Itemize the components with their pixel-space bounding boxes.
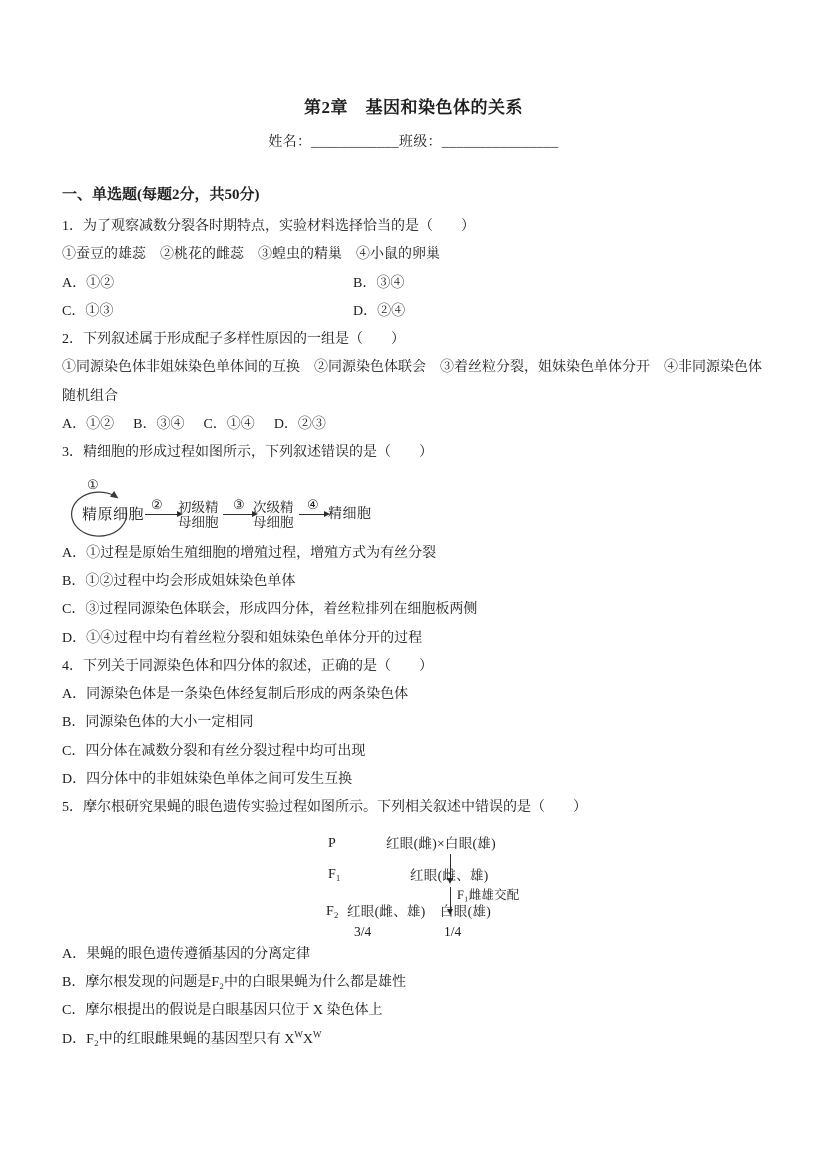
q5-option-b: B．摩尔根发现的问题是F₂中的白眼果蝇为什么都是雄性 xyxy=(62,969,765,997)
q5-p-cross-text: 红眼(雌)×白眼(雄) xyxy=(386,836,496,852)
q1-option-b: B．③④ xyxy=(353,276,404,291)
q3-cell3-line1: 次级精 xyxy=(253,500,294,516)
question-5: 5．摩尔根研究果蝇的眼色遗传实验过程如图所示。下列相关叙述中错误的是（ ） P … xyxy=(62,794,765,1053)
q4-option-b: B．同源染色体的大小一定相同 xyxy=(62,709,765,737)
fly-cross-diagram: P 红眼(雌)×白眼(雄) F₁ 红眼(雌、雄) F₁雌雄交配 F₂ 红眼(雌、… xyxy=(320,835,640,941)
q2-option-b: B．③④ xyxy=(133,417,184,432)
q3-step2-label: ② xyxy=(151,498,163,512)
q1-option-a: A．①② xyxy=(62,270,353,298)
exam-page: 第2章 基因和染色体的关系 姓名：____________班级：________… xyxy=(0,0,827,1169)
class-blank: ________________ xyxy=(442,135,559,150)
question-3: 3．精细胞的形成过程如图所示，下列叙述错误的是（ ） ① 精原细胞 ② xyxy=(62,439,765,652)
q3-cell2-line1: 初级精 xyxy=(178,500,219,516)
q3-cell-primary-spermatocyte: 初级精 母细胞 xyxy=(178,500,219,531)
section-heading: 一、单选题(每题2分，共50分) xyxy=(62,183,765,207)
q3-cell-secondary-spermatocyte: 次级精 母细胞 xyxy=(253,500,294,531)
q5-f2-red-text: 红眼(雌、雄) xyxy=(347,904,426,920)
q2-stem: 2．下列叙述属于形成配子多样性原因的一组是（ ） xyxy=(62,326,765,354)
question-4: 4．下列关于同源染色体和四分体的叙述，正确的是（ ） A．同源染色体是一条染色体… xyxy=(62,653,765,794)
q5-f1-generation-label: F₁ xyxy=(328,867,341,883)
q3-option-d: D．①④过程中均有着丝粒分裂和姐妹染色单体分开的过程 xyxy=(62,625,765,653)
q3-arrow-3-icon xyxy=(223,514,253,515)
q2-option-d: D．②③ xyxy=(274,417,326,432)
q5-ratio-white: 1/4 xyxy=(444,924,461,940)
q4-option-d: D．四分体中的非姐妹染色单体之间可发生互换 xyxy=(62,766,765,794)
q1-stem: 1．为了观察减数分裂各时期特点，实验材料选择恰当的是（ ） xyxy=(62,213,765,241)
q2-option-a: A．①② xyxy=(62,417,114,432)
q5-f1-result-text: 红眼(雌、雄) xyxy=(410,868,489,884)
q3-option-c: C．③过程同源染色体联会，形成四分体，着丝粒排列在细胞板两侧 xyxy=(62,596,765,624)
q4-option-a: A．同源染色体是一条染色体经复制后形成的两条染色体 xyxy=(62,681,765,709)
q5-option-d: D．F₂中的红眼雌果蝇的基因型只有 XWXW xyxy=(62,1026,765,1054)
q5-stem: 5．摩尔根研究果蝇的眼色遗传实验过程如图所示。下列相关叙述中错误的是（ ） xyxy=(62,794,765,822)
spermatogenesis-diagram: ① 精原细胞 ② 初级精 母细胞 xyxy=(62,476,765,540)
question-2: 2．下列叙述属于形成配子多样性原因的一组是（ ） ①同源染色体非姐妹染色单体间的… xyxy=(62,326,765,439)
q1-options-row-2: C．①③D．②④ xyxy=(62,298,765,326)
q5-cross-note: F₁雌雄交配 xyxy=(457,888,520,902)
q3-cell-spermatogonium: 精原细胞 xyxy=(82,507,144,523)
q4-option-c: C．四分体在减数分裂和有丝分裂过程中均可出现 xyxy=(62,738,765,766)
q5-option-d-mid: X xyxy=(303,1032,313,1047)
name-label: 姓名： xyxy=(268,135,311,150)
q5-option-a: A．果蝇的眼色遗传遵循基因的分离定律 xyxy=(62,941,765,969)
q5-option-d-superscript-2: W xyxy=(313,1029,322,1039)
class-label: 班级： xyxy=(399,135,442,150)
q3-arrow-2-icon xyxy=(145,514,178,515)
q3-cell-spermatid: 精细胞 xyxy=(328,507,372,523)
q3-cell2-line2: 母细胞 xyxy=(178,515,219,531)
q2-options-row: A．①②B．③④C．①④D．②③ xyxy=(62,411,765,439)
q2-option-c: C．①④ xyxy=(203,417,254,432)
q5-f2-white-text: 白眼(雄) xyxy=(440,904,491,920)
q4-stem: 4．下列关于同源染色体和四分体的叙述，正确的是（ ） xyxy=(62,653,765,681)
q3-arrow-4-icon xyxy=(299,514,325,515)
q5-p-generation-label: P xyxy=(328,836,336,852)
page-title: 第2章 基因和染色体的关系 xyxy=(62,97,765,119)
name-class-line: 姓名：____________班级：________________ xyxy=(62,133,765,153)
q3-step3-label: ③ xyxy=(233,498,245,512)
q1-options-row-1: A．①②B．③④ xyxy=(62,270,765,298)
q1-option-d: D．②④ xyxy=(353,304,405,319)
q1-option-c: C．①③ xyxy=(62,298,353,326)
q5-f2-generation-label: F₂ xyxy=(326,904,339,920)
q3-cell3-line2: 母细胞 xyxy=(253,515,294,531)
question-1: 1．为了观察减数分裂各时期特点，实验材料选择恰当的是（ ） ①蚕豆的雄蕊 ②桃花… xyxy=(62,213,765,326)
q5-option-d-text: D．F₂中的红眼雌果蝇的基因型只有 X xyxy=(62,1032,294,1047)
name-blank: ____________ xyxy=(311,135,399,150)
q5-option-c: C．摩尔根提出的假说是白眼基因只位于 X 染色体上 xyxy=(62,997,765,1025)
q3-option-b: B．①②过程中均会形成姐妹染色单体 xyxy=(62,568,765,596)
q2-items: ①同源染色体非姐妹染色单体间的互换 ②同源染色体联会 ③着丝粒分裂，姐妹染色单体… xyxy=(62,354,765,411)
q1-items: ①蚕豆的雄蕊 ②桃花的雌蕊 ③蝗虫的精巢 ④小鼠的卵巢 xyxy=(62,241,765,269)
q5-option-d-superscript-1: W xyxy=(294,1029,303,1039)
q3-option-a: A．①过程是原始生殖细胞的增殖过程，增殖方式为有丝分裂 xyxy=(62,540,765,568)
q5-ratio-red: 3/4 xyxy=(354,924,371,940)
q3-step4-label: ④ xyxy=(307,498,319,512)
q3-stem: 3．精细胞的形成过程如图所示，下列叙述错误的是（ ） xyxy=(62,439,765,467)
